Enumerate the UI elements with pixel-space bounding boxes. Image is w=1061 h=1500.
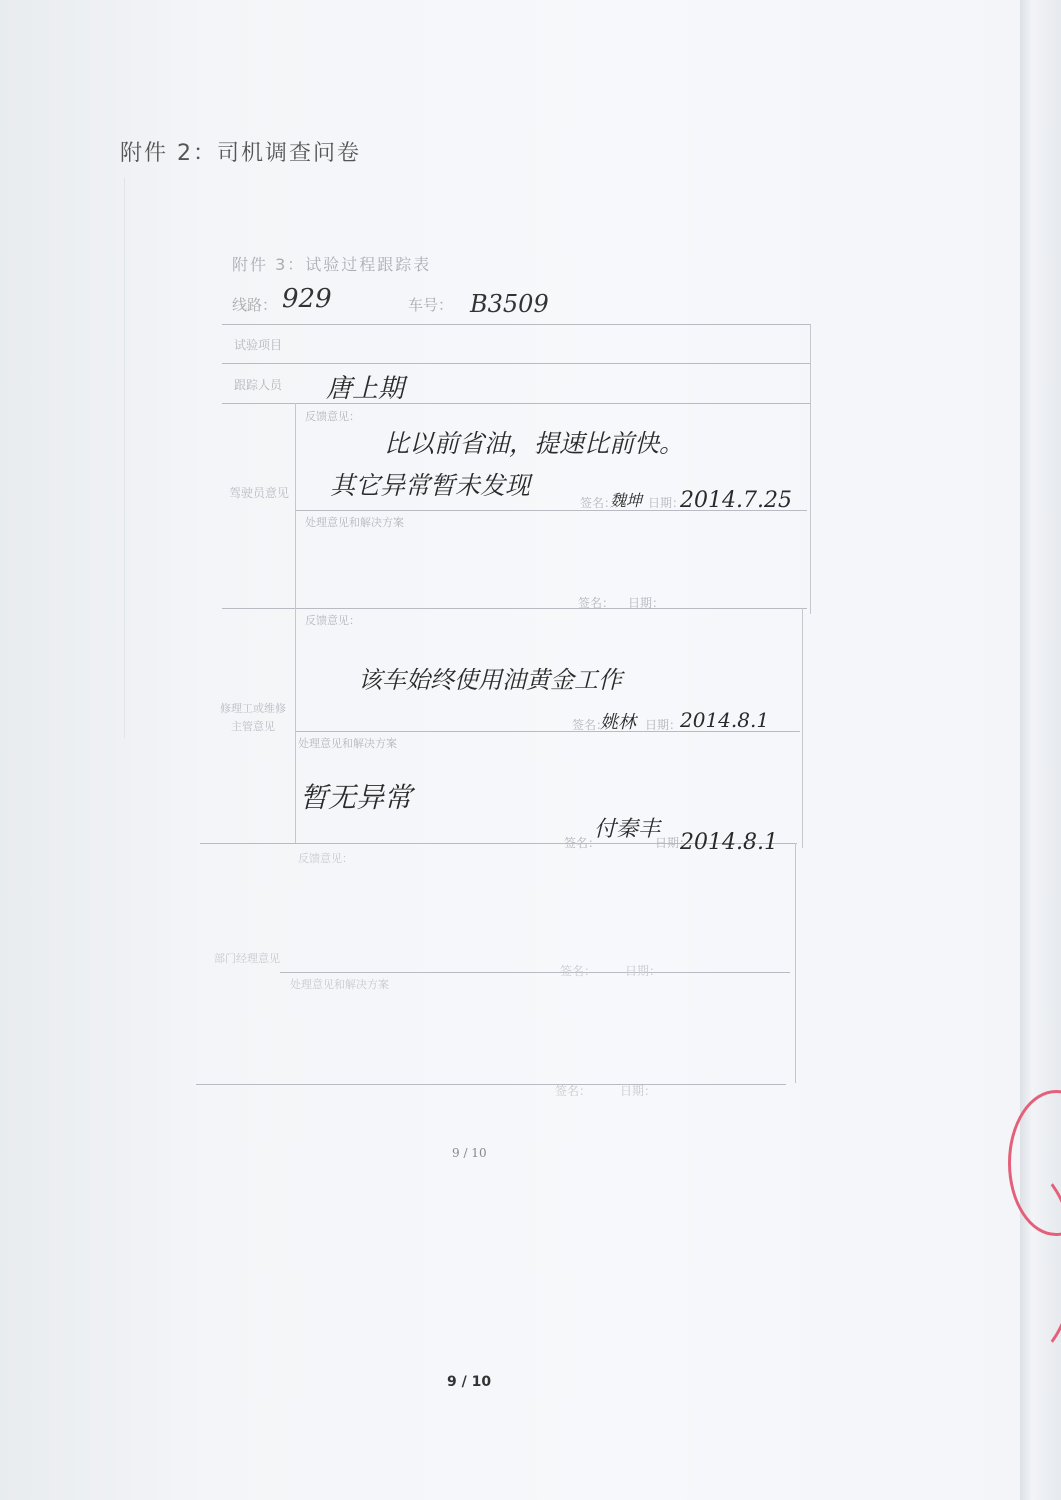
repair-feedback-line: 该车始终使用油黄金工作	[358, 660, 622, 695]
repair-date-label: 日期：	[645, 716, 681, 733]
divider	[124, 178, 125, 738]
dept-feedback-label: 反馈意见：	[298, 850, 353, 866]
driver-label: 驾驶员意见	[224, 484, 294, 502]
test-item-label: 试验项目	[234, 336, 282, 353]
repair-feedback-label: 反馈意见：	[305, 612, 360, 628]
divider	[222, 363, 810, 364]
tracker-label: 跟踪人员	[234, 376, 282, 393]
tracker-value: 唐上期	[326, 368, 404, 405]
inner-page-number: 9 / 10	[452, 1146, 487, 1160]
repair-handling-signature: 付秦丰	[594, 812, 660, 843]
dept-handling-date-label: 日期：	[620, 1082, 656, 1099]
repair-handling-date: 2014.8.1	[680, 830, 778, 855]
repair-date: 2014.8.1	[680, 708, 769, 732]
divider	[295, 403, 296, 843]
page-number: 9 / 10	[447, 1374, 491, 1390]
route-label: 线路：	[232, 294, 277, 315]
repair-label: 修理工或维修主管意见	[218, 700, 288, 736]
divider	[280, 972, 790, 973]
inner-title: 附件 3：试验过程跟踪表	[232, 252, 431, 275]
repair-signature: 姚林	[600, 708, 636, 734]
divider	[795, 843, 796, 1083]
driver-feedback-label: 反馈意见：	[305, 408, 360, 424]
divider	[810, 324, 811, 614]
bus-value: B3509	[470, 290, 549, 318]
divider	[222, 324, 810, 325]
scanned-page	[0, 0, 1020, 1500]
driver-handling-date-label: 日期：	[628, 594, 664, 611]
dept-signature-label: 签名：	[560, 962, 596, 979]
repair-handling-line: 暂无异常	[300, 776, 412, 816]
outer-title: 附件 2：司机调查问卷	[120, 136, 361, 167]
repair-handling-label: 处理意见和解决方案	[298, 735, 397, 751]
driver-feedback-line: 比以前省油，提速比前快。	[384, 424, 684, 460]
divider	[802, 608, 803, 848]
route-value: 929	[282, 284, 332, 314]
dept-handling-label: 处理意见和解决方案	[290, 976, 389, 992]
divider	[222, 403, 810, 404]
divider	[196, 1084, 786, 1085]
driver-signature: 魏坤	[610, 488, 642, 511]
bus-label: 车号：	[408, 294, 453, 315]
driver-date: 2014.7.25	[680, 488, 792, 513]
driver-handling-label: 处理意见和解决方案	[305, 514, 404, 530]
divider	[222, 608, 807, 609]
dept-label: 部门经理意见	[212, 950, 282, 968]
driver-date-label: 日期：	[648, 494, 684, 511]
dept-handling-signature-label: 签名：	[555, 1082, 591, 1099]
dept-date-label: 日期：	[625, 962, 661, 979]
driver-handling-signature-label: 签名：	[578, 594, 614, 611]
driver-feedback-line: 其它异常暂未发现	[330, 466, 530, 502]
